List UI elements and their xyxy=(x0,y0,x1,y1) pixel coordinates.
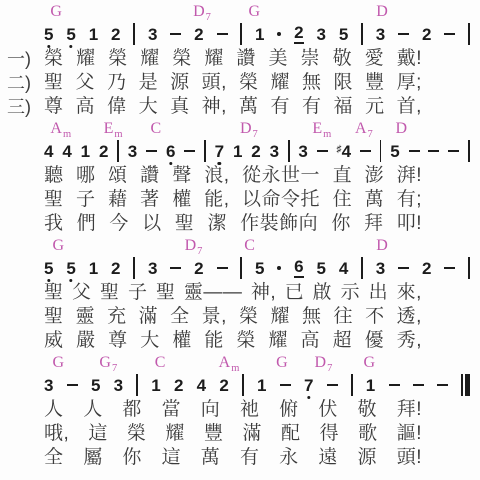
lyric-syllable: 愛 xyxy=(365,47,385,71)
lyric-syllable: 作裝飾向 xyxy=(240,212,318,236)
lyric-syllable: 潔 xyxy=(207,212,227,236)
lyric-syllable: 靈 xyxy=(76,305,96,329)
sustain-dash xyxy=(360,150,371,152)
lyric-syllable: 無 xyxy=(302,305,322,329)
lyric-syllable: 神, xyxy=(202,95,227,119)
chord-subscript: 7 xyxy=(112,363,117,374)
note-number: 5 xyxy=(91,376,100,395)
chord-name: G xyxy=(276,354,288,371)
note-digit: 7 xyxy=(215,143,224,160)
sustain-dash xyxy=(146,150,157,152)
chord-subscript: 7 xyxy=(368,129,373,140)
note-number: 1 xyxy=(81,142,90,161)
chord-name: G xyxy=(248,3,260,20)
chord-symbol: D xyxy=(376,237,388,255)
note-number: 1 xyxy=(255,25,264,44)
note-digit: 5 xyxy=(317,260,326,277)
lyric-syllable: 們 xyxy=(77,212,97,236)
note-digit: 6 xyxy=(166,143,175,160)
note-number: 3 xyxy=(148,25,157,44)
note-number: 5 xyxy=(44,25,53,44)
lyric-syllable: 叩! xyxy=(397,212,422,236)
sustain-dash xyxy=(67,384,78,386)
chord-symbol: G xyxy=(276,354,288,372)
lyric-row: 聖靈充滿全景,榮耀無往不透, xyxy=(44,305,422,329)
lyric-syllable: 聽 xyxy=(44,164,64,188)
lyric-syllable: 權 xyxy=(172,329,192,353)
chord-name: A xyxy=(50,120,62,137)
lyric-syllable: 直 xyxy=(333,164,353,188)
lyric-syllable: 首, xyxy=(397,95,422,119)
note-digit: 5 xyxy=(44,26,53,43)
chord-subscript: 7 xyxy=(253,129,258,140)
lyric-syllable: 耀 xyxy=(140,47,160,71)
lyric-syllable: 俯 xyxy=(279,398,299,422)
score-system: GD7CD551232565432聖父聖子聖靈——神,已啟示出來,聖靈充滿全景,… xyxy=(0,237,480,354)
lyric-syllable: 這 xyxy=(88,422,108,446)
sustain-dash xyxy=(389,384,400,386)
note-number: 1 xyxy=(366,376,375,395)
note-digit: 3 xyxy=(148,26,157,43)
chord-name: D xyxy=(376,3,388,20)
note-number: 2 xyxy=(194,259,203,278)
verse-number: 二) xyxy=(7,71,31,95)
chord-symbol: G xyxy=(364,354,376,372)
chord-symbol: G xyxy=(53,354,65,372)
chord-name: D xyxy=(315,354,327,371)
note-digit: 1 xyxy=(89,260,98,277)
note-digit: 1 xyxy=(255,26,264,43)
lyric-syllable: 全 xyxy=(170,305,190,329)
chord-name: E xyxy=(104,120,114,137)
lyric-syllable: 能 xyxy=(204,329,224,353)
chord-symbol: G xyxy=(50,3,62,21)
note-digit: 1 xyxy=(257,377,266,394)
note-digit: 2 xyxy=(99,143,108,160)
lyric-syllable: 神, xyxy=(251,281,276,305)
chord-subscript: m xyxy=(323,129,331,140)
chord-name: G xyxy=(53,354,65,371)
lyric-syllable: 聖 xyxy=(44,188,64,212)
note-number: 5 xyxy=(66,25,75,44)
sustain-dash xyxy=(217,267,228,269)
lyric-syllable: 源 xyxy=(358,446,378,470)
sustain-dash xyxy=(409,150,420,152)
chord-name: G xyxy=(99,354,111,371)
lyric-row: 聽哪頌讚聲浪,從永世一直澎湃! xyxy=(44,164,422,188)
lyric-syllable: 靈—— xyxy=(184,281,243,305)
note-number: 5 xyxy=(66,259,75,278)
lyric-syllable: 大 xyxy=(139,95,159,119)
lyric-syllable: 澎 xyxy=(365,164,385,188)
note-number: 3 xyxy=(44,376,53,395)
lyric-syllable: 父 xyxy=(72,281,92,305)
lyric-row: 三)尊高偉大真神,萬有有福元首, xyxy=(44,95,422,119)
note-number: 5 xyxy=(317,259,326,278)
note-digit: 1 xyxy=(89,26,98,43)
note-number: 6 xyxy=(166,142,175,161)
note-digit: 5 xyxy=(44,260,53,277)
lyric-row: 全屬你這萬有永遠源頭! xyxy=(44,446,422,470)
note-digit: 2 xyxy=(194,26,203,43)
sustain-dash xyxy=(444,267,455,269)
note-digit: 3 xyxy=(317,26,326,43)
lyric-syllable: 讚 xyxy=(140,164,160,188)
lyric-row: 人人都當向祂俯伏敬拜! xyxy=(44,398,422,422)
lyric-row: 我們今以聖潔作裝飾向你拜叩! xyxy=(44,212,422,236)
notation-row: 44123671233♯45 xyxy=(44,138,470,164)
note-number: 2 xyxy=(194,25,203,44)
chord-symbol: D7 xyxy=(193,3,211,23)
bar-line xyxy=(468,23,470,45)
chord-row: AmEmCD7EmA7D xyxy=(44,120,470,138)
note-number: 4 xyxy=(62,142,71,161)
lyric-syllable: 人 xyxy=(44,398,64,422)
sustain-dash xyxy=(217,33,228,35)
chord-symbol: G xyxy=(53,237,65,255)
bar-line xyxy=(117,140,119,162)
lyric-syllable: 聖 xyxy=(44,281,64,305)
lyric-syllable: 厚; xyxy=(397,71,422,95)
note-number: 7 xyxy=(215,142,224,161)
lyric-syllable: 滿 xyxy=(139,305,159,329)
note-digit: 2 xyxy=(422,26,431,43)
lyric-syllable: 從永世一 xyxy=(242,164,320,188)
note-digit: 5 xyxy=(255,260,264,277)
note-number: 3 xyxy=(298,142,307,161)
note-digit: 2 xyxy=(194,260,203,277)
lyric-syllable: 聖 xyxy=(100,281,120,305)
lyric-syllable: 有 xyxy=(270,95,290,119)
lyric-syllable: 你 xyxy=(331,212,351,236)
lyric-syllable: 威 xyxy=(44,329,64,353)
note-number: 2 xyxy=(219,376,228,395)
note-number: 4 xyxy=(339,259,348,278)
note-digit: 2 xyxy=(294,24,303,44)
bar-line xyxy=(204,140,206,162)
score-system: GD7GD551232123532一)榮耀榮耀榮耀讚美崇敬愛戴!二)聖父乃是源頭… xyxy=(0,3,480,120)
note-number: 4 xyxy=(342,142,351,161)
lyric-syllable: 聖 xyxy=(175,212,195,236)
note-number: 2 xyxy=(174,376,183,395)
note-digit: 2 xyxy=(111,260,120,277)
note-digit: 3 xyxy=(128,143,137,160)
lyric-syllable: 有 xyxy=(302,95,322,119)
note-digit: 1 xyxy=(366,377,375,394)
sustain-dash xyxy=(428,150,439,152)
lyric-syllable: 讚 xyxy=(236,47,256,71)
sustain-dash xyxy=(327,384,338,386)
chord-symbol: D7 xyxy=(315,354,333,374)
note-number: 1 xyxy=(89,25,98,44)
note-digit: 2 xyxy=(219,377,228,394)
lyric-syllable: 湃! xyxy=(397,164,422,188)
note-digit: 3 xyxy=(376,260,385,277)
chord-symbol: D7 xyxy=(240,120,258,140)
sustain-dash xyxy=(398,33,409,35)
lyric-syllable: 榮 xyxy=(108,47,128,71)
lyric-syllable: 乃 xyxy=(107,71,127,95)
note-number: 5 xyxy=(390,142,399,161)
lyric-syllable: 萬 xyxy=(201,446,221,470)
note-number: 2 xyxy=(99,142,108,161)
note-digit: 1 xyxy=(233,143,242,160)
note-digit: 2 xyxy=(251,143,260,160)
lyric-syllable: 人 xyxy=(83,398,103,422)
chord-symbol: D7 xyxy=(185,237,203,257)
lyric-syllable: 子 xyxy=(128,281,148,305)
chord-name: A xyxy=(355,120,367,137)
lyric-row: 威嚴尊大權能榮耀高超優秀, xyxy=(44,329,422,353)
chord-name: E xyxy=(312,120,322,137)
note-number: 5 xyxy=(339,25,348,44)
sustain-dash xyxy=(280,384,291,386)
bar-line xyxy=(351,374,353,396)
note-digit: 1 xyxy=(81,143,90,160)
chord-name: D xyxy=(185,237,197,254)
note-number: 5 xyxy=(255,259,264,278)
lyric-syllable: 高 xyxy=(301,329,321,353)
lyric-syllable: 豐 xyxy=(365,71,385,95)
lyric-syllable: 榮 xyxy=(44,47,64,71)
lyric-syllable: 哦, xyxy=(44,422,69,446)
lyric-syllable: 真 xyxy=(170,95,190,119)
note-digit: 1 xyxy=(151,377,160,394)
lyric-syllable: 遠 xyxy=(318,446,338,470)
sustain-dash xyxy=(437,384,448,386)
chord-name: D xyxy=(395,120,407,137)
note-digit: 2 xyxy=(111,26,120,43)
note-digit: 7 xyxy=(304,377,313,394)
lyric-syllable: 藉 xyxy=(108,188,128,212)
chord-row: GG7CAmGD7G xyxy=(44,354,470,372)
bar-line xyxy=(240,23,242,45)
bar-line xyxy=(242,374,244,396)
lyric-syllable: 偉 xyxy=(107,95,127,119)
note-digit: 3 xyxy=(148,260,157,277)
sustain-dash xyxy=(448,150,459,152)
note-digit: 3 xyxy=(114,377,123,394)
chord-subscript: m xyxy=(114,129,122,140)
lyric-row: 二)聖父乃是源頭,榮耀無限豐厚; xyxy=(44,71,422,95)
lyric-syllable: 當 xyxy=(162,398,182,422)
sustain-dash xyxy=(317,150,328,152)
note-digit: 5 xyxy=(390,143,399,160)
note-digit: 2 xyxy=(422,260,431,277)
lyric-syllable: 高 xyxy=(76,95,96,119)
chord-symbol: Am xyxy=(219,354,240,374)
bar-line xyxy=(240,257,242,279)
lyric-syllable: 你 xyxy=(122,446,142,470)
lyric-syllable: 不 xyxy=(365,305,385,329)
lyric-syllable: 伏 xyxy=(318,398,338,422)
note-digit: 3 xyxy=(270,143,279,160)
lyric-syllable: 這 xyxy=(162,446,182,470)
lyric-syllable: 萬 xyxy=(239,95,259,119)
notation-row: 551232123532 xyxy=(44,21,470,47)
chord-subscript: 7 xyxy=(206,12,211,23)
lyric-syllable: 限 xyxy=(334,71,354,95)
chord-subscript: m xyxy=(63,129,71,140)
verse-number: 一) xyxy=(7,47,31,71)
lyric-syllable: 頭, xyxy=(202,71,227,95)
lyric-syllable: 景, xyxy=(202,305,227,329)
note-number: 7 xyxy=(304,376,313,395)
note-number: 1 xyxy=(233,142,242,161)
lyric-row: 聖父聖子聖靈——神,已啟示出來, xyxy=(44,281,422,305)
lyric-syllable: 耀 xyxy=(268,329,288,353)
lyric-syllable: 榮 xyxy=(239,71,259,95)
lyric-syllable: 已 xyxy=(285,281,305,305)
lyric-syllable: 聖 xyxy=(44,305,64,329)
lyric-syllable: 著 xyxy=(140,188,160,212)
lyric-syllable: 聖 xyxy=(44,71,64,95)
bar-line xyxy=(468,140,470,162)
lyric-syllable: 尊 xyxy=(108,329,128,353)
lyric-syllable: 歌 xyxy=(358,422,378,446)
lyric-syllable: 嚴 xyxy=(76,329,96,353)
lyric-syllable: 有; xyxy=(397,188,422,212)
note-number: 3 xyxy=(270,142,279,161)
chord-name: D xyxy=(193,3,205,20)
lyric-syllable: 祂 xyxy=(240,398,260,422)
lyric-syllable: 美 xyxy=(268,47,288,71)
chord-symbol: Em xyxy=(312,120,331,140)
lyric-syllable: 充 xyxy=(107,305,127,329)
chord-symbol: Am xyxy=(50,120,71,140)
chord-symbol: C xyxy=(244,237,255,255)
note-digit: 4 xyxy=(339,260,348,277)
note-digit: 5 xyxy=(91,377,100,394)
sustain-dash xyxy=(170,267,181,269)
lyric-syllable: 謳! xyxy=(397,422,422,446)
bar-line xyxy=(288,140,290,162)
note-number: 2 xyxy=(422,259,431,278)
chord-name: C xyxy=(244,237,255,254)
lyric-syllable: 榮 xyxy=(127,422,147,446)
lyric-syllable: 榮 xyxy=(236,329,256,353)
lyric-syllable: 聖 xyxy=(156,281,176,305)
chord-symbol: D xyxy=(395,120,407,138)
lyric-syllable: 配 xyxy=(281,422,301,446)
lyric-syllable: 屬 xyxy=(83,446,103,470)
chord-row: GD7GD xyxy=(44,3,470,21)
note-number: 3 xyxy=(114,376,123,395)
lyric-syllable: 全 xyxy=(44,446,64,470)
lyric-syllable: 拜! xyxy=(397,398,422,422)
note-number: 1 xyxy=(89,259,98,278)
lyric-syllable: 尊 xyxy=(44,95,64,119)
lyric-syllable: 萬 xyxy=(365,188,385,212)
chord-name: C xyxy=(155,354,166,371)
lyric-syllable: 元 xyxy=(365,95,385,119)
lyric-syllable: 榮 xyxy=(172,47,192,71)
lyric-syllable: 拜 xyxy=(364,212,384,236)
notation-row: 551232565432 xyxy=(44,255,470,281)
bar-line xyxy=(361,23,363,45)
note-digit: 4 xyxy=(197,377,206,394)
lyric-syllable: 都 xyxy=(122,398,142,422)
note-digit: 4 xyxy=(62,143,71,160)
lyric-syllable: 永 xyxy=(279,446,299,470)
chord-subscript: 7 xyxy=(197,246,202,257)
lyric-syllable: 耀 xyxy=(165,422,185,446)
note-number: 4 xyxy=(44,142,53,161)
chord-symbol: D xyxy=(376,3,388,21)
chord-subscript: m xyxy=(231,363,239,374)
note-digit: 3 xyxy=(298,143,307,160)
bar-line xyxy=(468,257,470,279)
note-number: 2 xyxy=(111,259,120,278)
note-number: 3 xyxy=(376,25,385,44)
lyric-syllable: 住 xyxy=(333,188,353,212)
note-number: 6 xyxy=(294,257,303,276)
final-bar-thin xyxy=(461,374,463,396)
sustain-dash xyxy=(170,33,181,35)
lyric-syllable: 耀 xyxy=(270,305,290,329)
notation-row: 3531242171 xyxy=(44,372,470,398)
lyric-syllable: 以命令托 xyxy=(242,188,320,212)
note-number: 3 xyxy=(376,259,385,278)
lyric-syllable: 滿 xyxy=(243,422,263,446)
note-digit: 5 xyxy=(339,26,348,43)
lyric-row: 哦,這榮耀豐滿配得歌謳! xyxy=(44,422,422,446)
note-number: 2 xyxy=(251,142,260,161)
lyric-syllable: 耀 xyxy=(76,47,96,71)
lyric-syllable: 崇 xyxy=(301,47,321,71)
bar-line xyxy=(361,257,363,279)
chord-name: D xyxy=(376,237,388,254)
lyric-syllable: 得 xyxy=(320,422,340,446)
lyric-syllable: 戴! xyxy=(397,47,422,71)
lyric-syllable: 子 xyxy=(76,188,96,212)
chord-row: GD7CD xyxy=(44,237,470,255)
note-digit: 5 xyxy=(66,260,75,277)
lyric-syllable: 秀, xyxy=(397,329,422,353)
sustain-dash xyxy=(184,150,195,152)
chord-subscript: 7 xyxy=(327,363,332,374)
lyric-syllable: 出 xyxy=(369,281,389,305)
note-digit: 3 xyxy=(376,26,385,43)
sustain-dash xyxy=(444,33,455,35)
lyric-syllable: 敬 xyxy=(333,47,353,71)
lyric-syllable: 我 xyxy=(44,212,64,236)
chord-name: D xyxy=(240,120,252,137)
bar-line xyxy=(133,257,135,279)
sustain-dash xyxy=(398,267,409,269)
chord-symbol: A7 xyxy=(355,120,373,140)
lyric-syllable: 源 xyxy=(170,71,190,95)
note-number: 2 xyxy=(294,23,303,42)
bar-line xyxy=(380,140,382,162)
lyric-syllable: 超 xyxy=(333,329,353,353)
augmentation-dot xyxy=(277,32,281,36)
lyric-syllable: 啟 xyxy=(313,281,333,305)
bar-line xyxy=(133,23,135,45)
score-system: GG7CAmGD7G3531242171人人都當向祂俯伏敬拜!哦,這榮耀豐滿配得… xyxy=(0,354,480,471)
lyric-syllable: 示 xyxy=(341,281,361,305)
lyric-syllable: 哪 xyxy=(76,164,96,188)
note-number: 2 xyxy=(111,25,120,44)
note-number: 2 xyxy=(422,25,431,44)
chord-name: G xyxy=(364,354,376,371)
note-digit: ♯4 xyxy=(337,143,351,160)
final-bar-thick xyxy=(465,374,470,396)
lyric-syllable: 聲 xyxy=(172,164,192,188)
chord-symbol: G xyxy=(248,3,260,21)
chord-name: G xyxy=(53,237,65,254)
verse-number: 三) xyxy=(7,95,31,119)
